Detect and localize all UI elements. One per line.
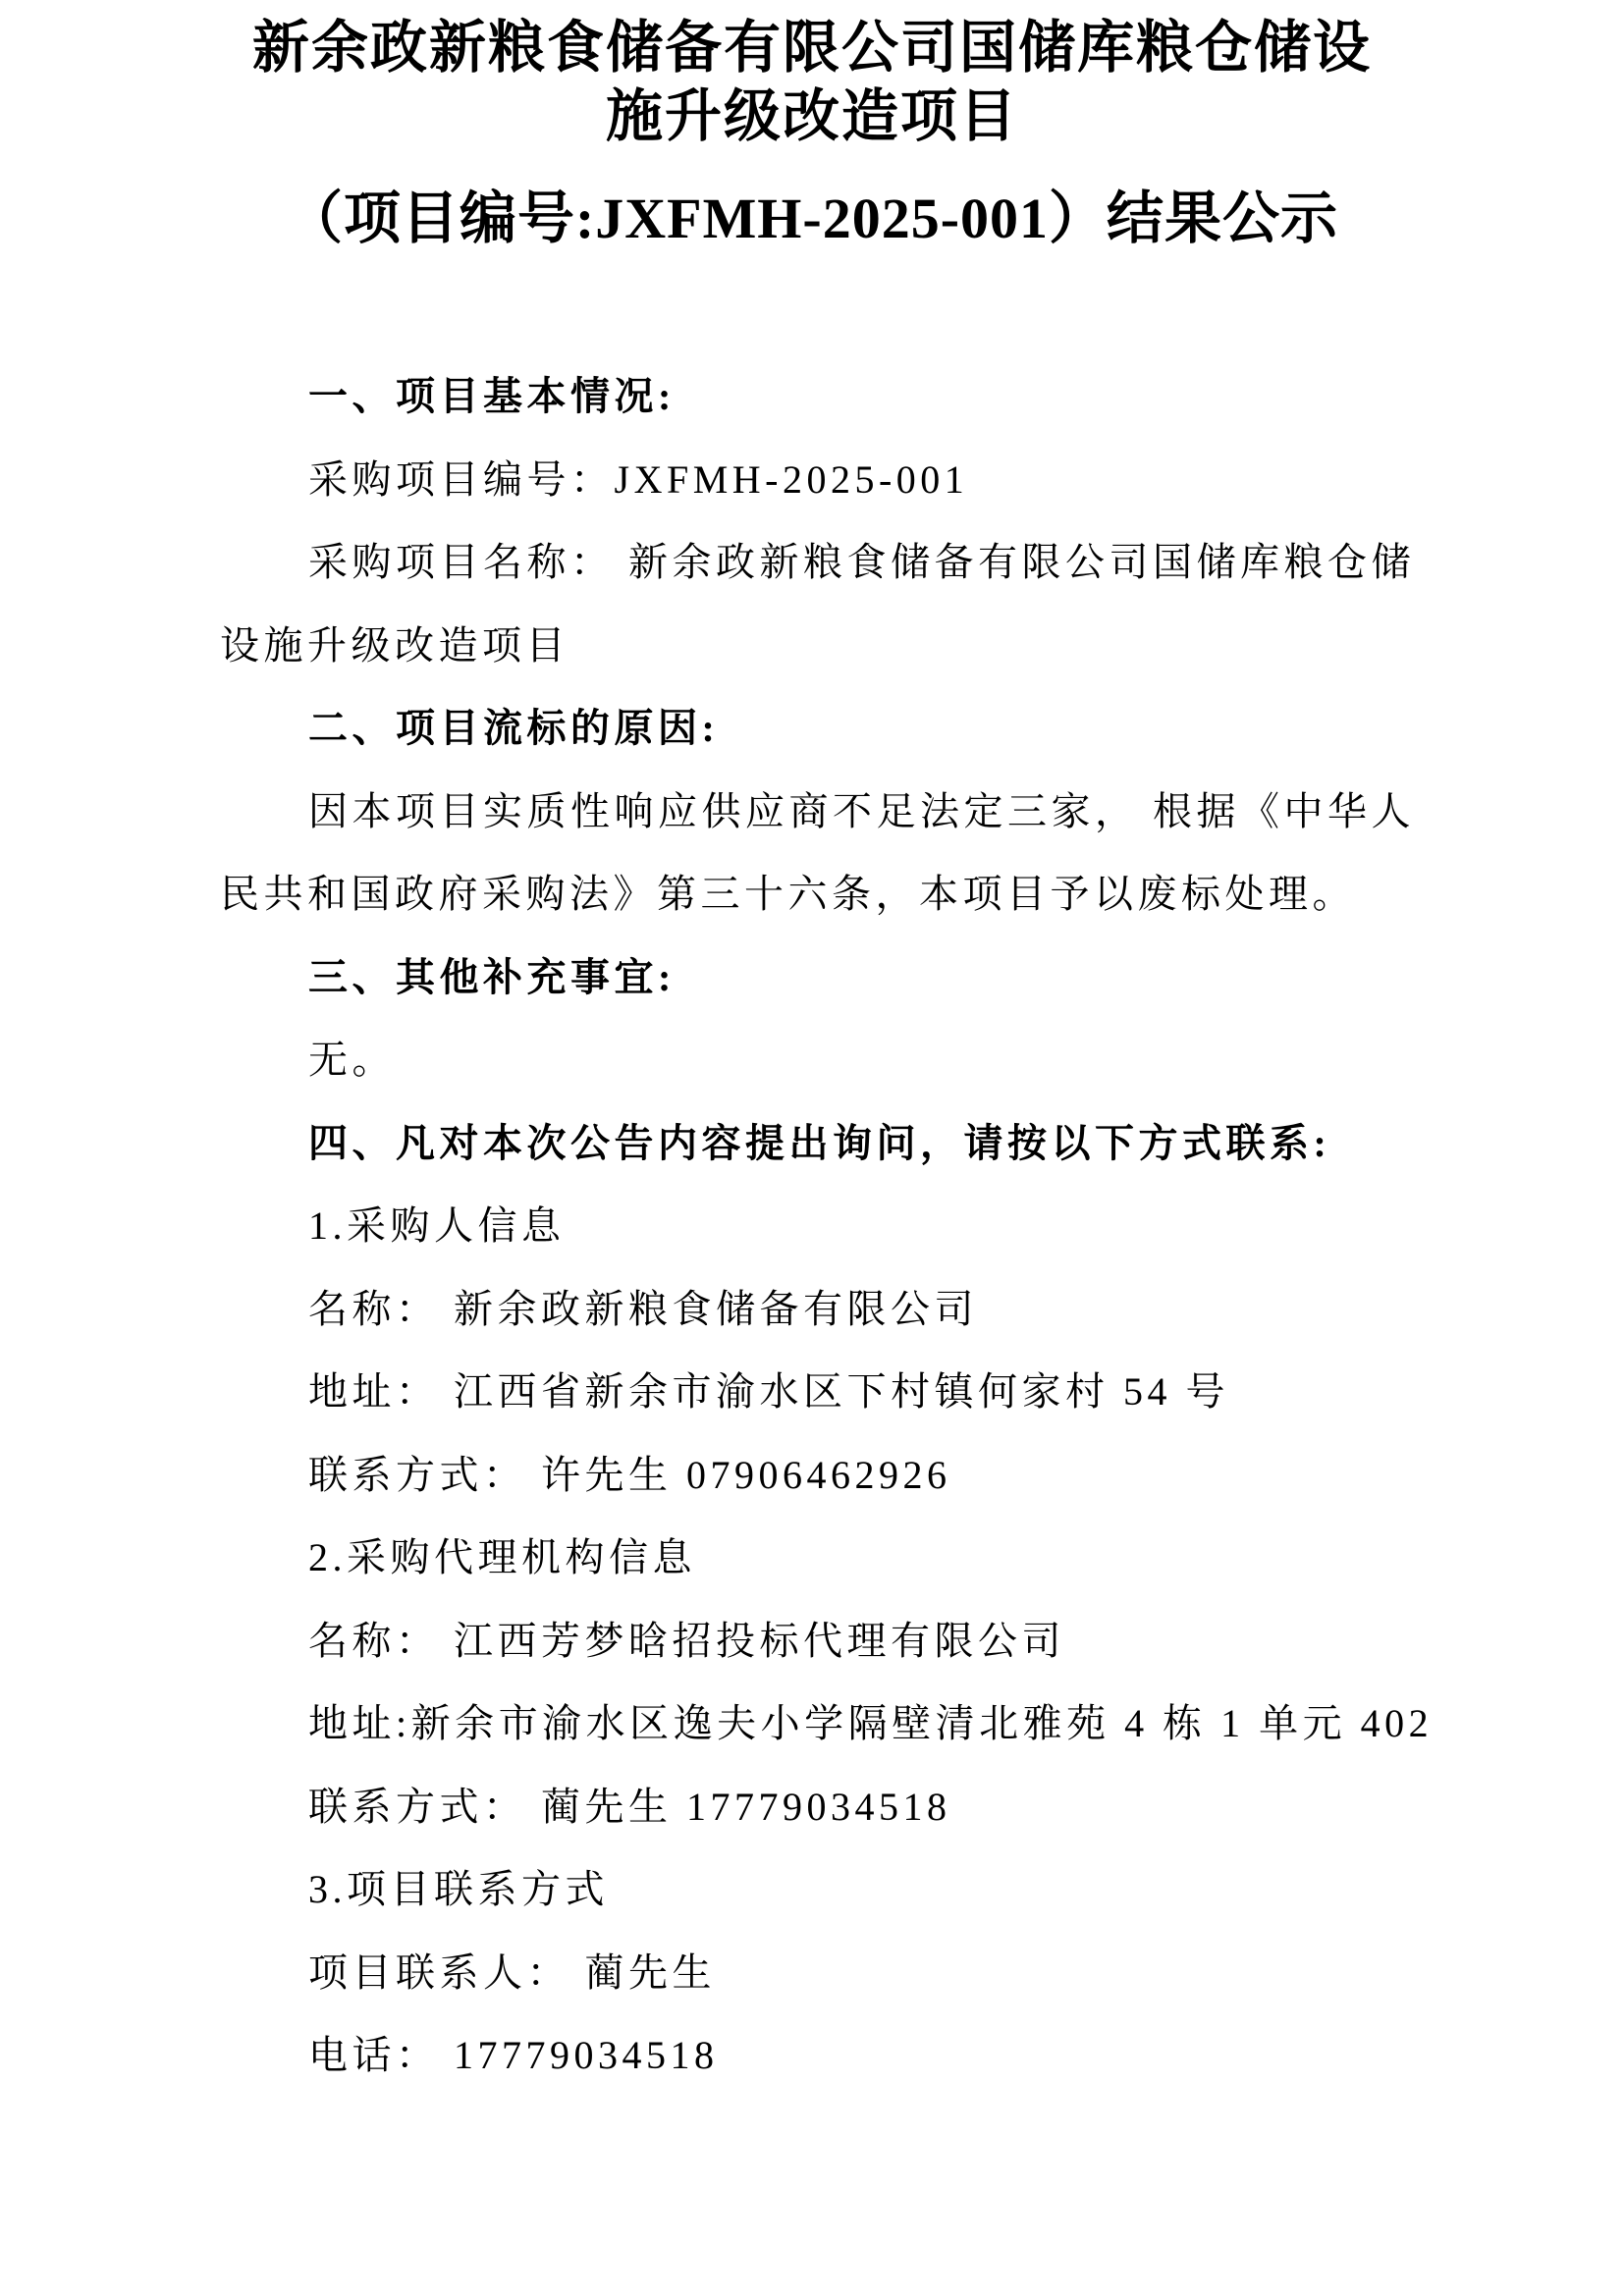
title-line-1: 新余政新粮食储备有限公司国储库粮仓储设	[0, 14, 1624, 82]
project-contact-person: 项目联系人： 蔺先生	[220, 1932, 1477, 2015]
procurement-project-number: 采购项目编号：JXFMH-2025-001	[220, 439, 1477, 522]
document-title: 新余政新粮食储备有限公司国储库粮仓储设 施升级改造项目 （项目编号:JXFMH-…	[0, 0, 1624, 253]
section-heading-3: 三、其他补充事宜:	[220, 936, 1477, 1020]
project-contact-heading: 3.项目联系方式	[220, 1848, 1477, 1932]
failure-reason-line1: 因本项目实质性响应供应商不足法定三家， 根据《中华人	[220, 771, 1477, 854]
section-heading-4: 四、凡对本次公告内容提出询问，请按以下方式联系:	[220, 1102, 1477, 1186]
title-line-2: 施升级改造项目	[0, 82, 1624, 151]
procurement-project-name-line2: 设施升级改造项目	[220, 605, 1477, 688]
purchaser-address: 地址： 江西省新余市渝水区下村镇何家村 54 号	[220, 1351, 1477, 1434]
purchaser-contact: 联系方式： 许先生 07906462926	[220, 1434, 1477, 1518]
project-contact-phone: 电话： 17779034518	[220, 2014, 1477, 2098]
purchaser-name: 名称： 新余政新粮食储备有限公司	[220, 1268, 1477, 1352]
agency-contact: 联系方式： 蔺先生 17779034518	[220, 1766, 1477, 1849]
section-heading-1: 一、项目基本情况:	[220, 355, 1477, 439]
purchaser-info-heading: 1.采购人信息	[220, 1185, 1477, 1268]
procurement-project-name-line1: 采购项目名称： 新余政新粮食储备有限公司国储库粮仓储	[220, 521, 1477, 605]
title-line-project-number: （项目编号:JXFMH-2025-001）结果公示	[0, 185, 1624, 253]
agency-address: 地址:新余市渝水区逸夫小学隔壁清北雅苑 4 栋 1 单元 402	[220, 1682, 1477, 1766]
failure-reason-line2: 民共和国政府采购法》第三十六条，本项目予以废标处理。	[220, 853, 1477, 936]
document-body: 一、项目基本情况: 采购项目编号：JXFMH-2025-001 采购项目名称： …	[0, 253, 1624, 2098]
agency-name: 名称： 江西芳梦晗招投标代理有限公司	[220, 1600, 1477, 1683]
document-page: 新余政新粮食储备有限公司国储库粮仓储设 施升级改造项目 （项目编号:JXFMH-…	[0, 0, 1624, 2296]
agency-info-heading: 2.采购代理机构信息	[220, 1517, 1477, 1600]
section-heading-2: 二、项目流标的原因:	[220, 687, 1477, 771]
supplementary-note: 无。	[220, 1019, 1477, 1102]
